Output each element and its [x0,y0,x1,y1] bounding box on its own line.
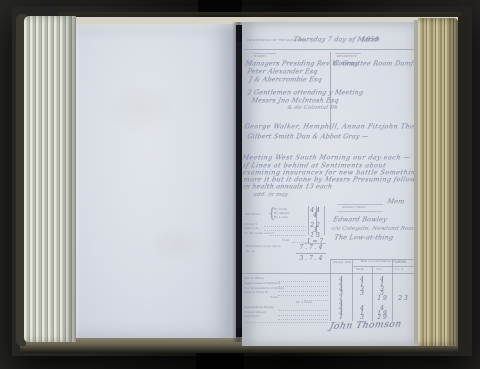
form-sum-rule [296,253,326,254]
attendance-entry-sub: & do Colonial Bk [287,105,339,111]
payee-header-overline [337,204,383,205]
column-header-left: NAMES. [254,55,267,59]
column-header-overline-left [252,53,276,54]
table-row-label: Superannuated Members [244,282,280,286]
manuscript-right-page: PROCEEDINGS OF THE MANAGERS, Thursday 7 … [242,22,418,346]
table-header-lsd: £ s. d. [395,268,404,272]
form-add-label: Remittance to do above [246,245,281,249]
attendance-entry: 2 Gentlemen attending y Meeting [247,90,364,96]
paragraph-note: add. in may [253,192,289,198]
blank-left-page [76,24,236,338]
table-row-leader [278,314,328,316]
payee-occupation: The Low-at-thing [334,235,394,241]
form-leader [270,234,306,236]
paper-stain [146,224,206,264]
minute-line: Gilbert Smith Dun & Abbot Gray — [247,134,369,140]
attendance-entry: Peter Alexander Esq [247,69,319,75]
table-header-weekly-sum: Weekly Sum [332,261,352,265]
form-figure: 4 [306,212,324,219]
table-bottom-leader [246,321,342,323]
table-row-label: Management Money [244,306,274,310]
payee-name: Edward Bowley [333,217,388,223]
form-total-label: Total [282,239,290,243]
table-subheader-society: Soc. [376,268,382,272]
table-row-label: Out of Office [244,277,264,281]
column-header-right: RESIDENCE. [337,55,358,59]
form-add-label: Do do [246,250,255,254]
payee-header: Ordinary Names [342,206,366,210]
table-row-label: Do 5 Total [296,301,312,305]
signature: John Thomson [329,320,403,332]
fore-edge-page-stack [418,18,458,346]
minute-line: George Walker, Hemphill, Annan Fitzjohn … [244,124,430,130]
table-row-label: Funeral Money [244,311,266,315]
paragraph-line: Meeting West South Morning our day each … [242,155,411,161]
table-header-underline [242,273,414,274]
table-row-leader [278,280,328,282]
table-subheader-members: Mem. [356,268,364,272]
table-row-label: Sick Fund [244,315,259,319]
paragraph-line: in health annuals 13 each [243,184,333,190]
table-cell-value: 1 9 [372,295,392,302]
form-leader [264,229,306,231]
table-cell-value: 2 3 [393,295,413,302]
form-group-label: Advanced [245,213,260,217]
table-row-leader [278,309,328,311]
form-row-label: Paid to do [244,227,259,231]
form-sum-value: 3 . 7 . 4 [296,255,326,262]
table-cell-value: 3 [352,290,372,297]
paper-stain [106,84,176,134]
table-row-leader [278,294,328,296]
table-row-leader [278,290,328,292]
payee-address: c/o Colegate, Newland Road [331,226,416,232]
payee-header-underline [337,211,383,212]
marginal-initials: Mem [387,199,405,205]
left-page-stack-edges [24,16,76,342]
table-header-amount: Amount [395,261,407,265]
column-header-overline-right [335,53,361,54]
table-row-label: Funeral Fund Do [244,291,269,295]
form-figure-rule [324,206,325,235]
photograph-scene: PROCEEDINGS OF THE MANAGERS, Thursday 7 … [0,0,480,369]
attendance-entry: J & Abercrombie Esq [249,77,323,83]
book-cover-right [458,16,469,350]
table-column-rule [392,259,393,321]
form-leader [264,225,306,227]
page-folio-number: 1850 [361,37,380,43]
table-row-label: Total [270,296,278,300]
table-subheader-rule [352,266,414,267]
form-brace-item: By Letter [274,216,288,220]
header-rule [244,49,415,50]
table-row-leader [278,285,328,287]
